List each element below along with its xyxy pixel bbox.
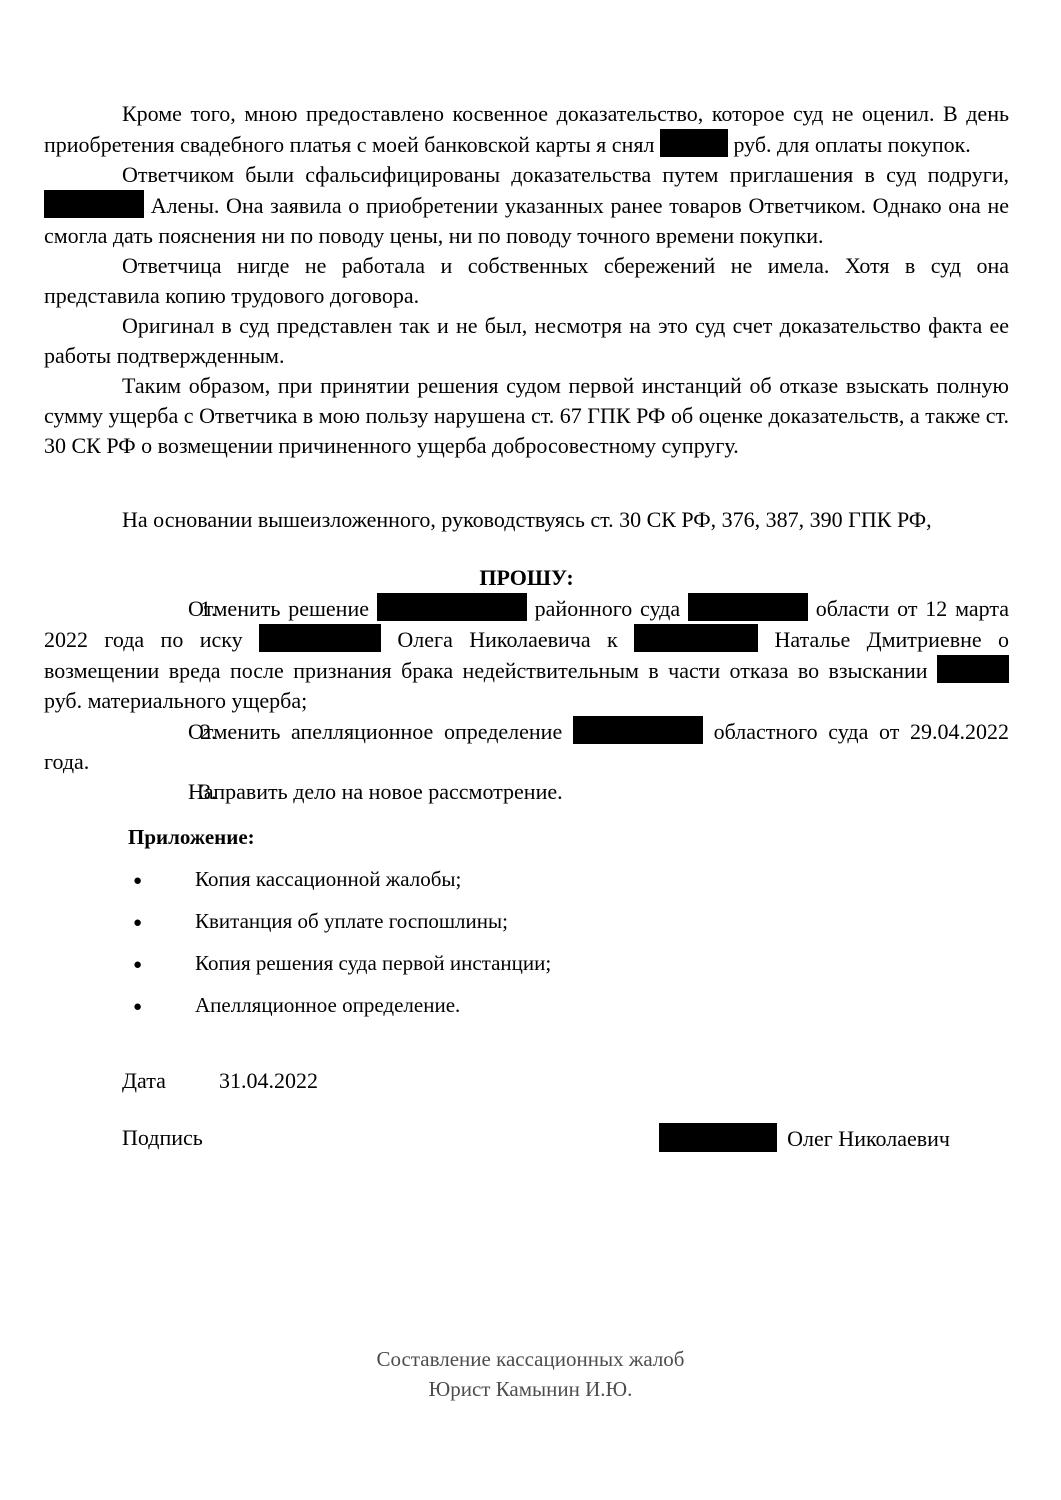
paragraph-original-not-presented: Оригинал в суд представлен так и не был,…	[44, 311, 1009, 371]
redaction-box	[377, 593, 527, 621]
signature-row: ПодписьОлег Николаевич	[44, 1123, 1009, 1153]
item-text: Олега Николаевича к	[397, 627, 617, 652]
item-text: Отменить апелляционное определение	[188, 719, 562, 744]
redaction-box	[634, 624, 758, 652]
redaction-box	[660, 129, 728, 157]
paragraph-falsified-evidence: Ответчиком были сфальсифицированы доказа…	[44, 160, 1009, 251]
bullet-icon: ●	[133, 908, 195, 938]
document-body: Кроме того, мною предоставлено косвенное…	[0, 0, 1061, 1153]
request-item-1: 1.Отменить решение районного суда област…	[44, 593, 1009, 716]
bullet-icon: ●	[133, 950, 195, 980]
redaction-box	[44, 190, 144, 218]
paragraph-legal-basis: На основании вышеизложенного, руководств…	[44, 505, 1009, 535]
redaction-box	[573, 716, 703, 744]
paragraph-indirect-evidence: Кроме того, мною предоставлено косвенное…	[44, 99, 1009, 160]
item-text: Отменить решение	[188, 596, 369, 621]
item-text: руб. материального ущерба;	[44, 688, 307, 713]
item-text: Направить дело на новое рассмотрение.	[188, 779, 563, 804]
signature-label: Подпись	[122, 1125, 203, 1150]
date-label: Дата	[122, 1066, 219, 1096]
redaction-box	[659, 1123, 777, 1152]
request-heading: ПРОШУ:	[44, 563, 1009, 593]
item-number: 2.	[122, 717, 188, 747]
list-item: ●Копия кассационной жалобы;	[44, 864, 1009, 896]
list-item-text: Квитанция об уплате госпошлины;	[195, 909, 508, 933]
redaction-box	[259, 624, 381, 652]
footer-line-2: Юрист Камынин И.Ю.	[0, 1374, 1061, 1404]
request-item-3: 3.Направить дело на новое рассмотрение.	[44, 777, 1009, 807]
date-row: Дата31.04.2022	[44, 1066, 1009, 1096]
attachments-title: Приложение:	[44, 822, 1009, 852]
list-item: ●Апелляционное определение.	[44, 990, 1009, 1022]
paragraph-text: Алены. Она заявила о приобретении указан…	[44, 193, 1009, 248]
list-item-text: Апелляционное определение.	[195, 993, 460, 1017]
item-number: 3.	[122, 777, 188, 807]
request-item-2: 2.Отменить апелляционное определение обл…	[44, 716, 1009, 777]
paragraph-text: Ответчиком были сфальсифицированы доказа…	[122, 162, 1009, 187]
list-item-text: Копия кассационной жалобы;	[195, 867, 461, 891]
item-number: 1.	[122, 594, 188, 624]
paragraph-defendant-no-work: Ответчица нигде не работала и собственны…	[44, 251, 1009, 311]
item-text: районного суда	[535, 596, 680, 621]
redaction-box	[688, 593, 808, 621]
footer-line-1: Составление кассационных жалоб	[0, 1344, 1061, 1374]
paragraph-text: руб. для оплаты покупок.	[733, 132, 970, 157]
redaction-box	[937, 655, 1009, 683]
attachments-list: ●Копия кассационной жалобы; ●Квитанция о…	[44, 864, 1009, 1022]
bullet-icon: ●	[133, 866, 195, 896]
signature-right-group: Олег Николаевич	[659, 1123, 950, 1154]
list-item: ●Квитанция об уплате госпошлины;	[44, 906, 1009, 938]
document-page: { "page": { "colors": { "background": "#…	[0, 0, 1061, 1500]
list-item-text: Копия решения суда первой инстанции;	[195, 951, 551, 975]
signature-name: Олег Николаевич	[787, 1126, 950, 1151]
bullet-icon: ●	[133, 992, 195, 1022]
paragraph-conclusion: Таким образом, при принятии решения судо…	[44, 371, 1009, 461]
document-footer: Составление кассационных жалоб Юрист Кам…	[0, 1344, 1061, 1404]
vertical-gap	[44, 461, 1009, 505]
date-value: 31.04.2022	[219, 1068, 318, 1093]
list-item: ●Копия решения суда первой инстанции;	[44, 948, 1009, 980]
